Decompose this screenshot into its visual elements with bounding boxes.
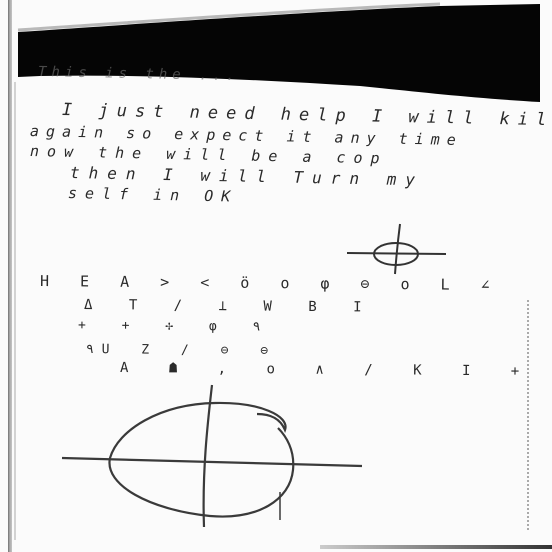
document-page: This is the ... I just need help I will … [0, 0, 552, 552]
large-crossed-circle-icon [62, 385, 362, 527]
drawings-layer [0, 0, 552, 552]
small-crossed-circle-icon [347, 224, 446, 274]
